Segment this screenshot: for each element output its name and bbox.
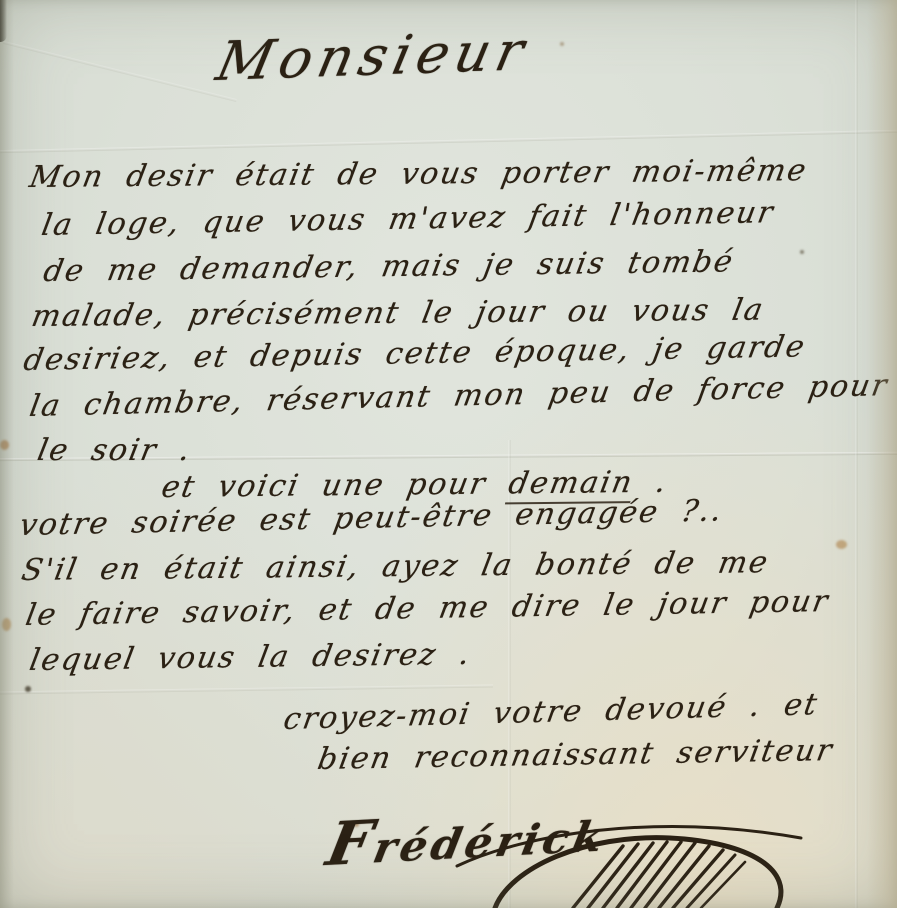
paper-edge-shadow bbox=[867, 0, 897, 908]
ink-speck bbox=[800, 250, 804, 254]
letter-line: malade, précisément le jour ou vous la bbox=[29, 293, 768, 334]
letter-photograph: Monsieur Mon desir était de vous porter … bbox=[0, 0, 897, 908]
letter-line: la loge, que vous m'avez fait l'honneur bbox=[39, 195, 777, 243]
ink-speck bbox=[25, 686, 31, 692]
letter-line: lequel vous la desirez . bbox=[27, 637, 474, 678]
paper-crease bbox=[0, 130, 897, 153]
letter-line: votre soirée est peut-être engagée ?.. bbox=[17, 493, 726, 543]
closing-line: bien reconnaissant serviteur bbox=[315, 733, 836, 777]
letter-line: S'il en était ainsi, ayez la bonté de me bbox=[19, 545, 772, 588]
salutation: Monsieur bbox=[211, 19, 535, 93]
paper-crease bbox=[3, 41, 237, 102]
paper-crease bbox=[855, 0, 858, 908]
letter-line: la chambre, réservant mon peu de force p… bbox=[27, 368, 891, 424]
foxing-spot bbox=[836, 540, 847, 549]
paper-crease bbox=[0, 685, 493, 695]
signature-flourish-icon bbox=[455, 808, 805, 908]
closing-line: croyez-moi votre devoué . et bbox=[281, 687, 821, 737]
letter-line: desiriez, et depuis cette époque, je gar… bbox=[21, 329, 809, 378]
letter-line: de me demander, mais je suis tombé bbox=[41, 244, 737, 289]
foxing-spot bbox=[560, 42, 564, 46]
letter-line: le soir . bbox=[35, 433, 195, 468]
letter-line: le faire savoir, et de me dire le jour p… bbox=[23, 584, 832, 633]
paper-edge-shadow bbox=[0, 0, 14, 908]
letter-line: Mon desir était de vous porter moi-même bbox=[27, 153, 811, 195]
